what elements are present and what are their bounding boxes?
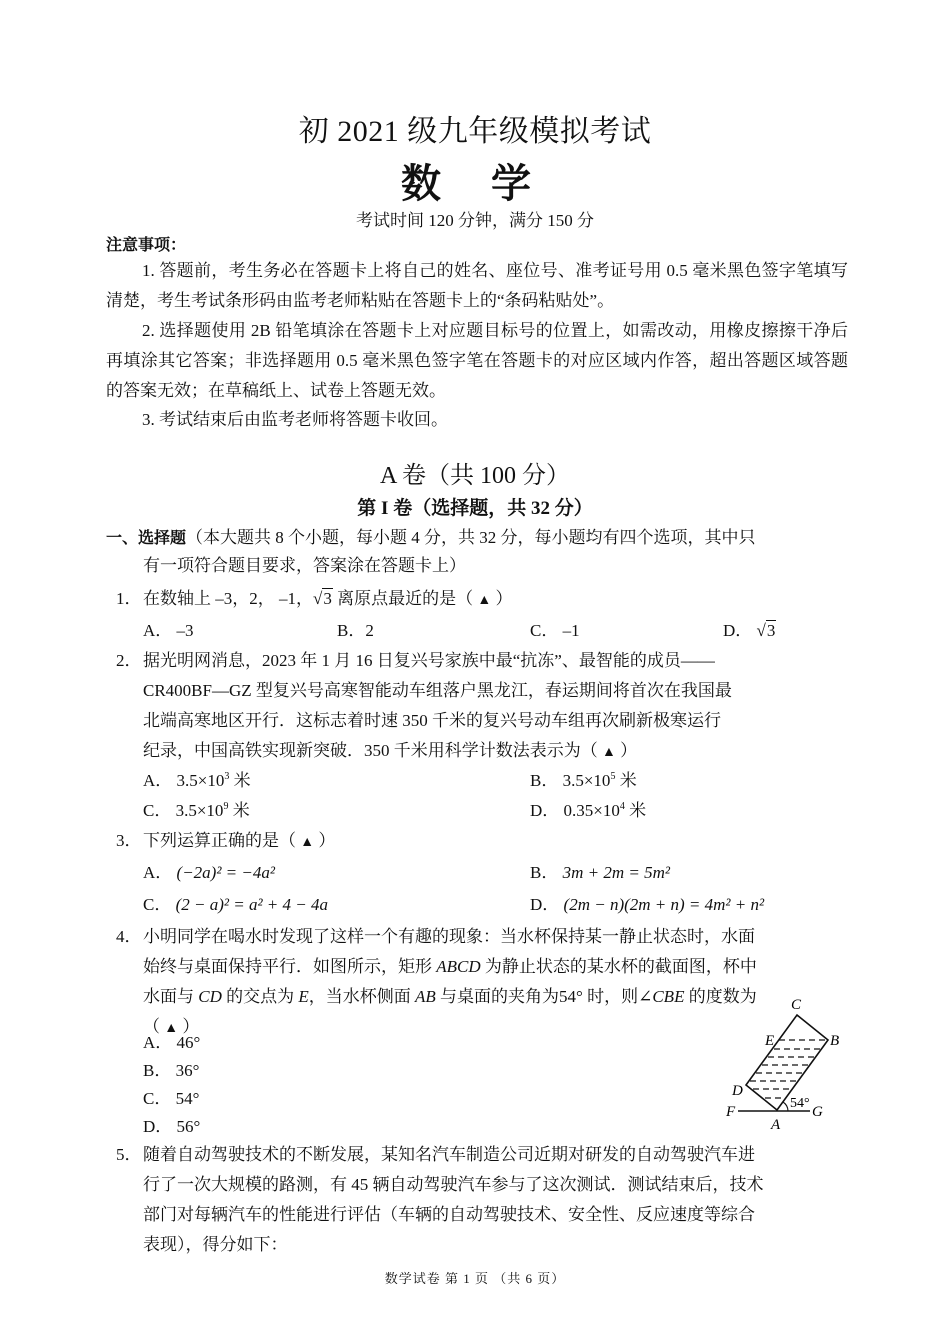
q4-text: 为静止状态的某水杯的截面图，杯中 xyxy=(481,957,757,976)
question-4-stem-line-3: 水面与 CD 的交点为 E，当水杯侧面 AB 与桌面的夹角为54° 时，则∠CB… xyxy=(143,982,757,1012)
option-expression: 3m + 2m = 5m² xyxy=(563,863,670,882)
q2-option-b[interactable]: B． 3.5×105 米 xyxy=(530,766,637,796)
q4-var: CD xyxy=(198,987,222,1006)
question-4-stem-line-2: 始终与桌面保持平行．如图所示，矩形 ABCD 为静止状态的某水杯的截面图，杯中 xyxy=(143,952,757,982)
q2-paren-close: ） xyxy=(616,741,637,760)
option-value: –1 xyxy=(563,621,580,640)
question-5-stem-line-2: 行了一次大规模的路测，有 45 辆自动驾驶汽车参与了这次测试．测试结束后，技术 xyxy=(143,1170,764,1200)
question-3-stem: 下列运算正确的是（ ▲ ） xyxy=(143,826,335,858)
option-label: D． xyxy=(143,1117,172,1136)
q3-paren-close: ） xyxy=(314,831,335,850)
part-label: 一、选择题 xyxy=(106,528,186,547)
q1-paren-close: ） xyxy=(491,589,512,608)
exam-title: 初 2021 级九年级模拟考试 xyxy=(0,106,950,150)
q4-option-d[interactable]: D． 56° xyxy=(143,1112,200,1142)
question-4-number: 4． xyxy=(116,922,142,952)
option-label: D． xyxy=(530,895,559,914)
q1-option-c[interactable]: C． –1 xyxy=(530,616,580,646)
q1-radicand: 3 xyxy=(322,588,333,608)
label-b: B xyxy=(830,1033,839,1049)
option-label: B． xyxy=(143,1061,171,1080)
option-label: C． xyxy=(530,621,558,640)
part-description: （本大题共 8 个小题，每小题 4 分，共 32 分，每小题均有四个选项，其中只 xyxy=(186,528,756,547)
q4-var: CBE xyxy=(652,987,684,1006)
option-label: B． xyxy=(530,771,558,790)
question-2-stem-line-1: 据光明网消息，2023 年 1 月 16 日复兴号家族中最“抗冻”、最智能的成员… xyxy=(143,646,715,676)
label-f: F xyxy=(725,1104,736,1120)
question-1-stem: 在数轴上 –3，2， –1，√3 离原点最近的是（ ▲ ） xyxy=(143,584,512,616)
q4-text: 与桌面的夹角为54° 时，则∠ xyxy=(436,987,653,1006)
option-label: A． xyxy=(143,771,172,790)
question-2-stem-line-3: 北端高寒地区开行．这标志着时速 350 千米的复兴号动车组再次刷新极寒运行 xyxy=(143,706,721,736)
option-radicand: 3 xyxy=(766,620,777,640)
option-value: 56° xyxy=(177,1117,201,1136)
q4-var: ABCD xyxy=(436,957,480,976)
note-item-1: 1. 答题前，考生务必在答题卡上将自己的姓名、座位号、准考证号用 0.5 毫米黑… xyxy=(106,256,848,316)
sqrt-symbol: √3 xyxy=(313,584,333,614)
option-label: C． xyxy=(143,895,171,914)
question-5-number: 5． xyxy=(116,1140,142,1170)
q1-option-b[interactable]: B．2 xyxy=(337,616,374,646)
angle-arc xyxy=(783,1102,788,1111)
q3-option-a[interactable]: A． (−2a)² = −4a² xyxy=(143,858,275,888)
section-subtitle: 第 I 卷（选择题，共 32 分） xyxy=(0,493,950,520)
q4-var: E xyxy=(298,987,308,1006)
q1-option-a[interactable]: A． –3 xyxy=(143,616,194,646)
option-value: –3 xyxy=(177,621,194,640)
label-g: G xyxy=(812,1104,823,1120)
option-label: B． xyxy=(337,621,365,640)
option-value: 36° xyxy=(176,1061,200,1080)
q4-text: 水面与 xyxy=(143,987,198,1006)
question-1-number: 1． xyxy=(116,584,142,614)
q2-option-a[interactable]: A． 3.5×103 米 xyxy=(143,766,251,796)
q4-option-c[interactable]: C． 54° xyxy=(143,1084,199,1114)
option-label: D． xyxy=(723,621,752,640)
option-value: 54° xyxy=(176,1089,200,1108)
q3-option-b[interactable]: B． 3m + 2m = 5m² xyxy=(530,858,670,888)
option-base: 0.35×10 xyxy=(564,801,620,820)
q4-option-b[interactable]: B． 36° xyxy=(143,1056,199,1086)
option-unit: 米 xyxy=(625,801,646,820)
answer-triangle-icon: ▲ xyxy=(602,745,616,760)
option-value: 2 xyxy=(365,621,374,640)
question-5-stem-line-1: 随着自动驾驶技术的不断发展，某知名汽车制造公司近期对研发的自动驾驶汽车进 xyxy=(143,1140,755,1170)
rectangle-abcd xyxy=(746,1015,828,1110)
option-label: A． xyxy=(143,1033,172,1052)
notes-heading: 注意事项： xyxy=(106,232,186,255)
water-hatching xyxy=(750,1040,826,1098)
q2-option-d[interactable]: D． 0.35×104 米 xyxy=(530,796,646,826)
q4-text: ，当水杯侧面 xyxy=(309,987,415,1006)
option-base: 3.5×10 xyxy=(176,801,224,820)
exam-info: 考试时间 120 分钟，满分 150 分 xyxy=(0,206,950,231)
q4-var: AB xyxy=(415,987,436,1006)
section-title: A 卷（共 100 分） xyxy=(0,455,950,490)
option-label: A． xyxy=(143,621,172,640)
option-expression: (−2a)² = −4a² xyxy=(177,863,275,882)
label-a: A xyxy=(770,1117,781,1130)
option-value: 46° xyxy=(177,1033,201,1052)
option-unit: 米 xyxy=(228,801,249,820)
answer-triangle-icon: ▲ xyxy=(300,835,314,850)
option-label: C． xyxy=(143,801,171,820)
option-expression: (2m − n)(2m + n) = 4m² + n² xyxy=(564,895,765,914)
option-label: B． xyxy=(530,863,558,882)
page-footer: 数学试卷 第 1 页 （共 6 页） xyxy=(0,1268,950,1287)
part-description-cont: 有一项符合题目要求，答案涂在答题卡上） xyxy=(143,551,466,581)
option-base: 3.5×10 xyxy=(177,771,225,790)
q1-stem-text: 在数轴上 –3，2， –1， xyxy=(143,589,313,608)
water-cup-figure: C B E D F G A 54° xyxy=(720,995,860,1130)
option-label: A． xyxy=(143,863,172,882)
part-heading: 一、选择题（本大题共 8 个小题，每小题 4 分，共 32 分，每小题均有四个选… xyxy=(106,523,756,553)
note-item-2: 2. 选择题使用 2B 铅笔填涂在答题卡上对应题目标号的位置上，如需改动，用橡皮… xyxy=(106,316,848,406)
note-item-3: 3. 考试结束后由监考老师将答题卡收回。 xyxy=(106,405,848,435)
label-e: E xyxy=(764,1033,774,1049)
q4-option-a[interactable]: A． 46° xyxy=(143,1028,200,1058)
option-label: C． xyxy=(143,1089,171,1108)
q4-text: 的交点为 xyxy=(222,987,299,1006)
label-d: D xyxy=(731,1083,743,1099)
subject-title: 数 学 xyxy=(0,152,950,209)
question-5-stem-line-3: 部门对每辆汽车的性能进行评估（车辆的自动驾驶技术、安全性、反应速度等综合 xyxy=(143,1200,755,1230)
question-3-number: 3． xyxy=(116,826,142,856)
option-unit: 米 xyxy=(615,771,636,790)
q3-option-c[interactable]: C． (2 − a)² = a² + 4 − 4a xyxy=(143,890,328,920)
q2-option-c[interactable]: C． 3.5×109 米 xyxy=(143,796,250,826)
q1-stem-tail: 离原点最近的是（ xyxy=(333,589,478,608)
q1-option-d[interactable]: D． √3 xyxy=(723,616,776,646)
question-2-number: 2． xyxy=(116,646,142,676)
answer-triangle-icon: ▲ xyxy=(477,593,491,608)
label-c: C xyxy=(791,997,802,1013)
q4-text: 始终与桌面保持平行．如图所示，矩形 xyxy=(143,957,436,976)
q3-stem-text: 下列运算正确的是（ xyxy=(143,831,300,850)
sqrt-symbol: √3 xyxy=(757,616,777,646)
question-2-stem-line-2: CR400BF—GZ 型复兴号高寒智能动车组落户黑龙江，春运期间将首次在我国最 xyxy=(143,676,732,706)
option-label: D． xyxy=(530,801,559,820)
q3-option-d[interactable]: D． (2m − n)(2m + n) = 4m² + n² xyxy=(530,890,764,920)
question-5-stem-line-4: 表现），得分如下： xyxy=(143,1230,288,1260)
option-base: 3.5×10 xyxy=(563,771,611,790)
angle-label: 54° xyxy=(790,1096,810,1111)
question-4-stem-line-1: 小明同学在喝水时发现了这样一个有趣的现象：当水杯保持某一静止状态时，水面 xyxy=(143,922,755,952)
option-unit: 米 xyxy=(229,771,250,790)
q2-stem-text: 纪录，中国高铁实现新突破．350 千米用科学计数法表示为（ xyxy=(143,741,602,760)
question-2-stem-line-4: 纪录，中国高铁实现新突破．350 千米用科学计数法表示为（ ▲ ） xyxy=(143,736,637,768)
option-expression: (2 − a)² = a² + 4 − 4a xyxy=(176,895,328,914)
